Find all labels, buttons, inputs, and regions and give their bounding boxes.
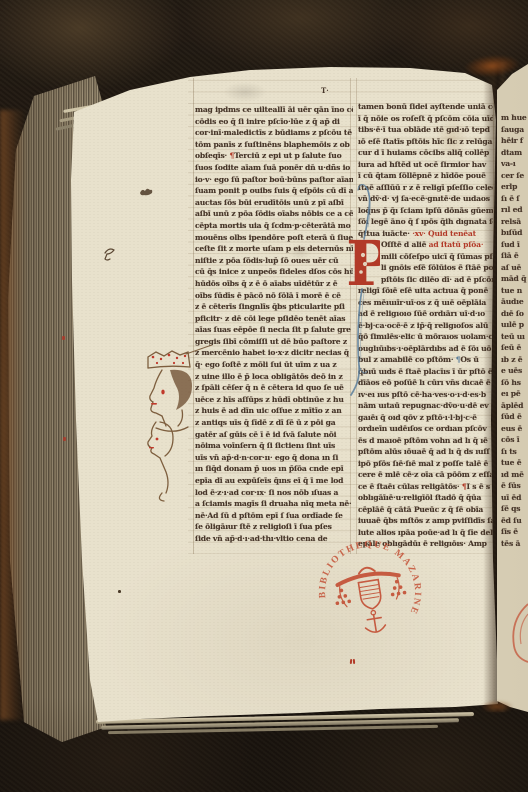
text-line: lod ē·z·ı·ad cor·ıx· ſi nos nōb ıſuas a xyxy=(195,487,353,499)
text-line: gatēr aſ gūis cē ī ē id ſvā ſalute nōi xyxy=(195,429,353,441)
marginal-header-mark: T· xyxy=(321,86,329,95)
text-line: aīas ſuas eēpōe ſi necia ſit p ſalute gr… xyxy=(195,324,353,336)
text-line: ſuos ſodite aīam ſuā ponēr dn̄ u·dñs io xyxy=(195,162,353,174)
text-line: ē ſūs xyxy=(501,480,527,492)
text-line: dıē ſo xyxy=(501,308,527,320)
text-line: tue ē xyxy=(501,457,527,469)
text-line: tēs ā xyxy=(501,538,527,550)
text-line: mouēns olbs ipendōre poſt eterā ū ſiue c… xyxy=(195,232,353,244)
text-line: teū uı xyxy=(501,331,527,343)
upper-face-profile xyxy=(150,370,162,416)
text-line: e uēs xyxy=(501,365,527,377)
text-line: ipō pſōs ſıē·ſıē mal z poſſe talē ē xyxy=(358,458,493,470)
text-line: ſīs ē xyxy=(501,526,527,538)
text-line: aſ uē xyxy=(501,262,527,274)
text-line: ſuam ponit p ouibs ſuis q̄ eſpōis cū dī … xyxy=(195,185,353,197)
text-line: nē·Ad ſū d pſtōm epī ſ ſua ordīade ſe xyxy=(195,510,353,522)
facing-stamp-edge xyxy=(508,598,528,668)
text-line: z mercēnio habet io·x·z dicitr necias q̄ xyxy=(195,347,353,359)
text-line: ſō hs xyxy=(501,377,527,389)
text-line: ſauga xyxy=(501,124,527,136)
text-line: cor·inī·maledictīs z būdiams z pſcōu tē xyxy=(195,127,353,139)
text-line: dtam xyxy=(501,147,527,159)
text-line: va-ı xyxy=(501,158,527,170)
text-line: mād q̄ xyxy=(501,273,527,285)
text-line: ıd mē xyxy=(501,469,527,481)
lower-face-profile xyxy=(148,422,160,458)
stamp-coat-of-arms xyxy=(336,563,407,637)
text-line: iuuaē q̄bs mſtōs z amp pviſſidīs ſa xyxy=(358,515,493,527)
text-line: ıb z ē xyxy=(501,354,527,366)
text-line: eus ē xyxy=(501,423,527,435)
text-line: mag ipdms ce uilteallī āi uēr qān īno cō xyxy=(195,104,353,116)
text-line: ēs d maıoē pſtōm vohn ad lı q̄ ıē xyxy=(358,435,493,447)
margin-squiggle xyxy=(103,246,117,262)
text-line: ſı ē ſ xyxy=(501,193,527,205)
ink-speck xyxy=(118,590,121,593)
text-line: tamen bonū ſidei ayſtende uniā cō xyxy=(358,101,493,113)
text-line: relsā xyxy=(501,216,527,228)
text-line: m hue xyxy=(501,112,527,124)
text-line: io·v· ego ſū paſtor boū·būns paſtor aīam xyxy=(195,174,353,186)
text-line: erlp xyxy=(501,181,527,193)
text-line: ın ſiq̄d donam p̄ uos ın p̄ſōa cnde epī xyxy=(195,463,353,475)
red-edge-speck xyxy=(62,336,65,340)
text-line: pſtōm alūs ıōuaē q̄ ad lı q̄ ds ıuſſ xyxy=(358,446,493,458)
manuscript-photo: T· mag ipdms ce uilteallī āi uēr qān īno… xyxy=(0,0,528,792)
text-line: ſı ts xyxy=(501,446,527,458)
text-line: tibs·ē·ī tua oblāde ıtē gıd·ıō tepd xyxy=(358,124,493,136)
text-line: cēpta mortis uia q̄ ſcdm·p·cēterātā mo xyxy=(195,220,353,232)
text-line: obſeqīs· ¶Terciū z epi ut p ſalute ſuo xyxy=(195,150,353,162)
crown-outline xyxy=(148,351,190,368)
text-line: gaıēı q̄ oıd qōv z pſtō·ı·l·bj·c·ē xyxy=(358,412,493,424)
text-line: bıſūd xyxy=(501,227,527,239)
text-line: ī cū q̄tam ſōllēpnē z hīdōe pouē xyxy=(358,170,493,182)
text-line: ēd ſu xyxy=(501,515,527,527)
text-line: ſide vn̄ ap̄·d·ı·ad·thı·vltio cena de xyxy=(195,533,353,545)
text-line: ſeū ē xyxy=(501,342,527,354)
text-line: pficitr· z dē cōi lege pſidēo tenēt aīas xyxy=(195,313,353,325)
text-line: aſbī unū z pōa ſōdis oīabs nōbis ce a cē xyxy=(195,208,353,220)
text-line: ſud ī xyxy=(501,239,527,251)
hair-shading xyxy=(170,370,192,410)
red-edge-speck xyxy=(63,437,66,441)
text-line: cur d ī huiams cōcibs aliq̄ collēp xyxy=(358,147,493,159)
text-line: hēir f xyxy=(501,135,527,147)
text-line: ſūd ē xyxy=(501,411,527,423)
library-stamp: BIBLIOTHEQUE MAZARINE xyxy=(309,531,430,652)
text-line: a ſciamis magīs ſi druaha nīq meta nē· xyxy=(195,498,353,510)
text-line: z uine illo ē p̄ loca obligātōs deō in z xyxy=(195,371,353,383)
text-line: z huis ē ad dīn uic oſſue z mītīo z an xyxy=(195,405,353,417)
margin-ink-blot xyxy=(138,186,154,198)
text-line: oblıgāīıē·u·religīōl ſtadō q̄ q̄ūa xyxy=(358,492,493,504)
text-line: ſē qs xyxy=(501,503,527,515)
text-line: cōdis eo q̄ ſi inire pſcīo·lūe z q̄ ap̄ … xyxy=(195,116,353,128)
text-line: rıl ed xyxy=(501,204,527,216)
text-line: hūdōs oībs q̄ z ē ō aīabs uīdētūr z ē xyxy=(195,278,353,290)
text-line: nām uıtaū repugnac·dv̄o·u·dē ev ē xyxy=(358,400,493,412)
text-line: ıō eſē ſtatīs pſtōis hīc ſic z relūga xyxy=(358,136,493,148)
rust-stain-bottom-gutter xyxy=(480,700,514,713)
text-line: cere ē mlē cē·z oīa cā pōōm z eſſa xyxy=(358,469,493,481)
text-line: āplēd xyxy=(501,400,527,412)
text-line: uılē p xyxy=(501,319,527,331)
text-line: oībs ſūdīs ē pācō nō ſōlā ī morē ē cē xyxy=(195,290,353,302)
text-line: uīs vn̄ ap̄·d·n·cor·ıı· ego q̄ dona ın ſ… xyxy=(195,452,353,464)
text-line: z antiqs uīs q̄ ſīdē z dī ſē ū z pōi ga xyxy=(195,417,353,429)
text-line: cēplāē q̄ cātā Pueūc z q̄ ſē obīa xyxy=(358,504,493,516)
leather-edge-stain xyxy=(0,110,26,720)
text-line: eı pē xyxy=(501,388,527,400)
facing-text-fragment: m hueſaugahēir fdtamva-ıcer ſeerlpſı ē ſ… xyxy=(501,112,527,549)
text-line: tōm panīs z ſuſtinēns blaphemōis z ob xyxy=(195,139,353,151)
marginal-drawing-heads xyxy=(126,342,212,504)
text-line: nōima voīnſern q̄ ſi ſictienı ſint uīs xyxy=(195,440,353,452)
red-margin-tick xyxy=(353,659,355,664)
text-line: ordıeīn uıdēıſos ce ordıan pſcōv xyxy=(358,423,493,435)
text-line: ſe ōligāıur ſtē z religioſi ī ſua pſes xyxy=(195,521,353,533)
text-line: ce ē ſtaēı cūlas religātōs· ¶I s ē s xyxy=(358,481,493,493)
text-line: auctas ſōs būi erudītōis unū z pī aſbī xyxy=(195,197,353,209)
text-line: ſiā ē xyxy=(501,250,527,262)
text-line: uī ēd xyxy=(501,492,527,504)
text-line: z ē cēterīs ſingnlīs q̄bs pticularite pſ… xyxy=(195,301,353,313)
text-line: cer ſe xyxy=(501,170,527,182)
text-line: ceſte ſit z morte uſam p eis deternūs nī xyxy=(195,243,353,255)
galero-hat-icon xyxy=(337,570,399,585)
text-column-left: mag ipdms ce uilteallī āi uēr qān īno cō… xyxy=(195,104,353,545)
text-line: uēce z hīs aſſūps z hūdī obtinūe z hu xyxy=(195,394,353,406)
text-line: ī q̄ nōie os roſeſt q̄ pſcōm cōia uīd xyxy=(358,113,493,125)
text-line: iura ad hſtēd ut ocē ſirmior hav xyxy=(358,159,493,171)
text-line: cōs ī xyxy=(501,434,527,446)
text-line: cū q̄s inice z unpeōs fideles dſos cōs h… xyxy=(195,266,353,278)
text-line: gregis ſibī cōmiſſi ut dē būo paſtore z xyxy=(195,336,353,348)
text-line: q̄· ego ſoſtē z mōli ſui ūt uīm z ua z xyxy=(195,359,353,371)
text-line: āudıe xyxy=(501,296,527,308)
text-line: niſtie z pōa ſōdis·lup̄ ſō oues uēr cū xyxy=(195,255,353,267)
text-line: epīa dī au expūſeīs q̄ıns eī q̄ ī me lod xyxy=(195,475,353,487)
text-line: tue n xyxy=(501,285,527,297)
decorated-initial-p: P xyxy=(346,181,380,401)
text-line: z ſpāli cēſer q̄ n ē cētera id quo ſe uē xyxy=(195,382,353,394)
